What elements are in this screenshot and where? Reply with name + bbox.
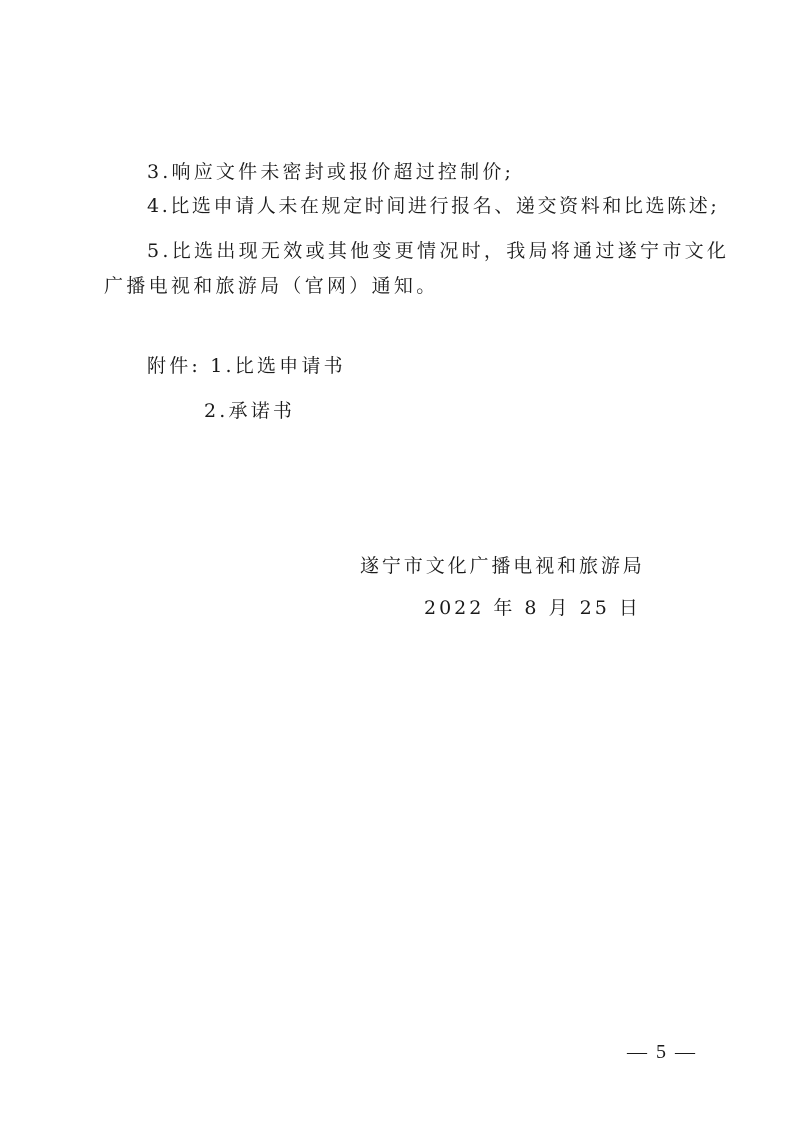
document-page: 3.响应文件未密封或报价超过控制价; 4.比选申请人未在规定时间进行报名、递交资… [0,0,793,1122]
signature-organization: 遂宁市文化广播电视和旅游局 [360,554,645,578]
signature-date: 2022 年 8 月 25 日 [424,596,641,620]
list-item-5-line-1: 5.比选出现无效或其他变更情况时，我局将通过遂宁市文化 [147,239,729,263]
page-number: — 5 — [627,1041,697,1064]
attachment-line-1: 附件: 1.比选申请书 [147,354,346,378]
list-item-5-line-2: 广播电视和旅游局（官网）通知。 [104,274,439,298]
list-item-3: 3.响应文件未密封或报价超过控制价; [147,160,514,184]
attachment-line-2: 2.承诺书 [204,399,295,423]
list-item-4: 4.比选申请人未在规定时间进行报名、递交资料和比选陈述; [147,194,719,218]
